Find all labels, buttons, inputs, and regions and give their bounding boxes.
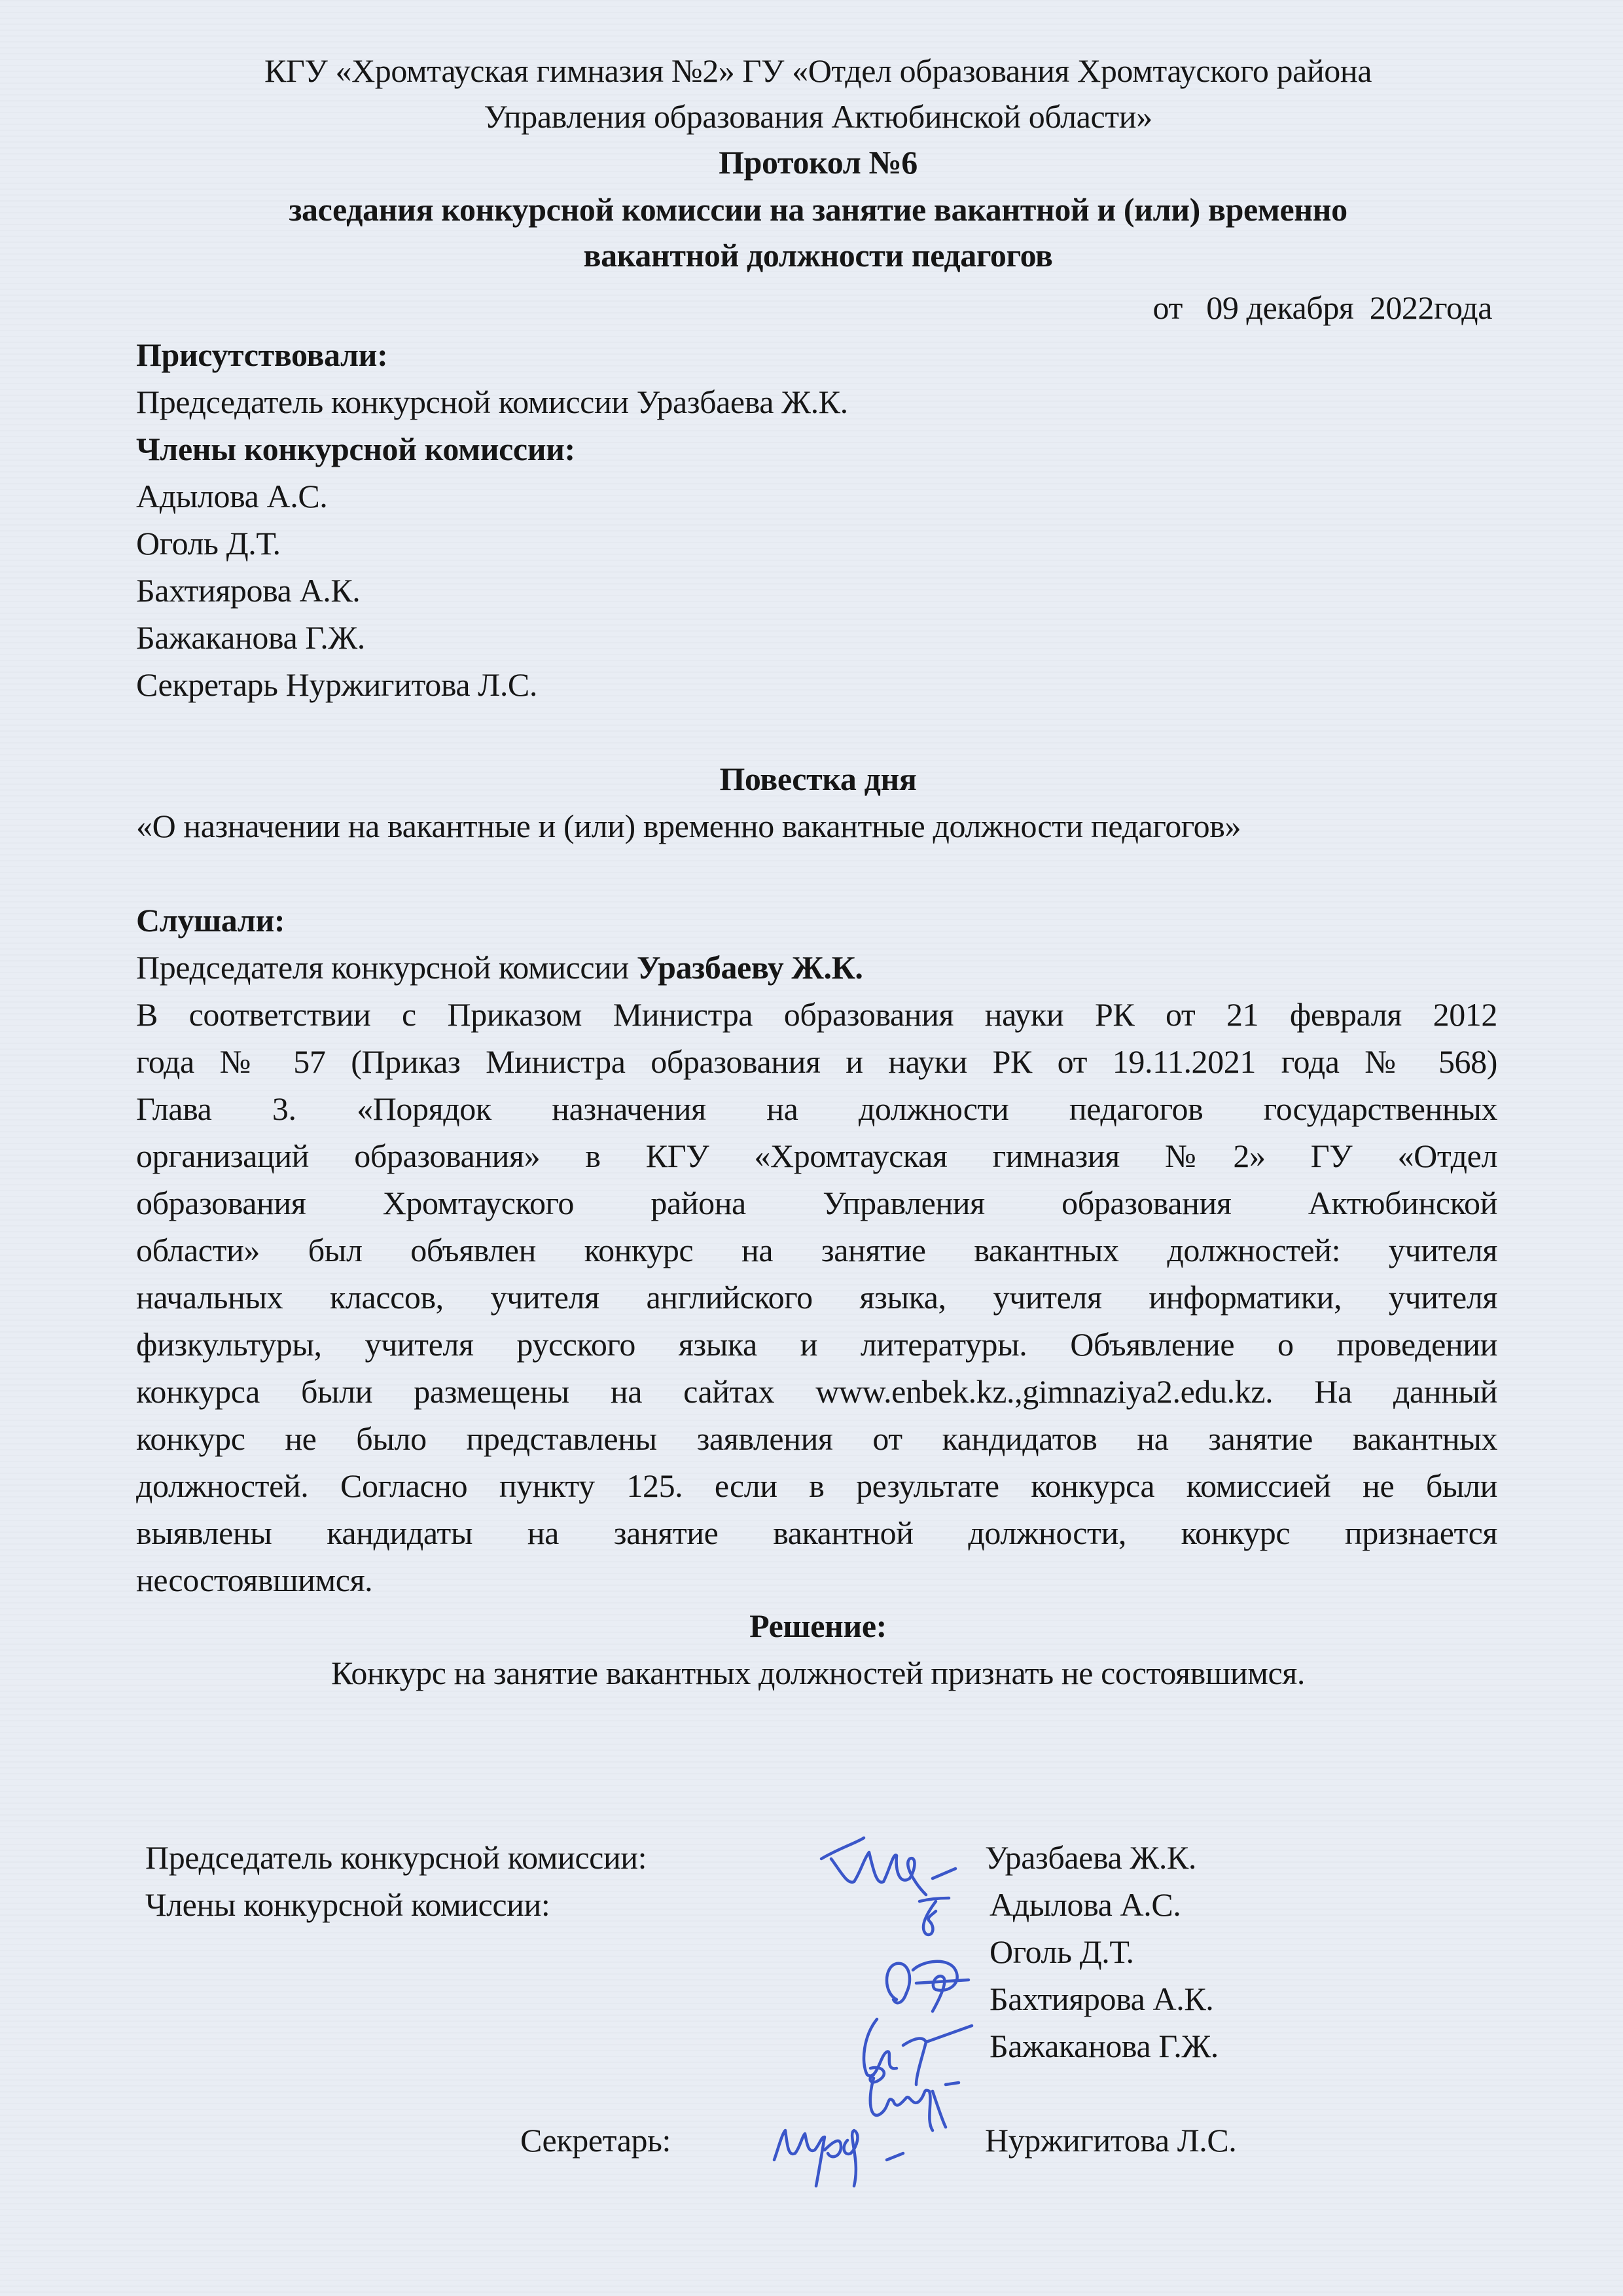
member-item: Адылова А.С. <box>136 476 327 516</box>
decision-heading: Решение: <box>137 1606 1499 1645</box>
protocol-subtitle-line-2: вакантной должности педагогов <box>137 236 1499 275</box>
speaker-line: Председателя конкурсной комиссии Уразбае… <box>136 948 863 987</box>
organization-line-2: Управления образования Актюбинской облас… <box>137 97 1499 136</box>
member-item: Бажаканова Г.Ж. <box>136 618 365 657</box>
agenda-text: «О назначении на вакантные и (или) време… <box>136 806 1241 846</box>
protocol-title: Протокол №6 <box>137 143 1499 182</box>
body-line: физкультуры, учителя русского языка и ли… <box>136 1325 1497 1364</box>
member-1-signature-icon <box>913 1895 952 1944</box>
body-line: года № 57 (Приказ Министра образования и… <box>136 1042 1497 1081</box>
secretary-signature-icon <box>769 2121 919 2196</box>
members-heading: Члены конкурсной комиссии: <box>136 429 575 469</box>
body-line: должностей. Согласно пункту 125. если в … <box>136 1466 1497 1505</box>
body-line: образования Хромтауского района Управлен… <box>136 1183 1497 1223</box>
agenda-heading: Повестка дня <box>137 759 1499 798</box>
secretary-signature-name: Нуржигитова Л.С. <box>985 2121 1236 2160</box>
member-signature-name: Адылова А.С. <box>990 1885 1181 1924</box>
body-line: начальных классов, учителя английского я… <box>136 1278 1497 1317</box>
body-line: конкурса были размещены на сайтах www.en… <box>136 1372 1497 1411</box>
secretary-signature-label: Секретарь: <box>520 2121 671 2160</box>
member-item: Оголь Д.Т. <box>136 524 281 563</box>
chair-line: Председатель конкурсной комиссии Уразбае… <box>136 382 848 422</box>
protocol-subtitle-line-1: заседания конкурсной комиссии на занятие… <box>137 190 1499 229</box>
chair-signature-name: Уразбаева Ж.К. <box>985 1838 1196 1877</box>
body-line: Глава 3. «Порядок назначения на должност… <box>136 1089 1497 1128</box>
chair-signature-label: Председатель конкурсной комиссии: <box>145 1838 647 1877</box>
body-line: выявлены кандидаты на занятие вакантной … <box>136 1513 1497 1552</box>
body-line: конкурс не было представлены заявления о… <box>136 1419 1497 1458</box>
organization-line-1: КГУ «Хромтауская гимназия №2» ГУ «Отдел … <box>137 51 1499 90</box>
body-line: несостоявшимся. <box>136 1560 1497 1600</box>
speaker-name: Уразбаеву Ж.К. <box>637 949 863 986</box>
protocol-date: от 09 декабря 2022года <box>1153 288 1492 327</box>
heard-heading: Слушали: <box>136 901 285 940</box>
body-line: области» был объявлен конкурс на занятие… <box>136 1230 1497 1270</box>
member-2-signature-icon <box>877 1954 975 2016</box>
document-page: КГУ «Хромтауская гимназия №2» ГУ «Отдел … <box>0 0 1623 2296</box>
secretary-line: Секретарь Нуржигитова Л.С. <box>136 665 537 704</box>
member-item: Бахтиярова А.К. <box>136 571 360 610</box>
speaker-prefix: Председателя конкурсной комиссии <box>136 949 637 986</box>
member-signature-name: Бахтиярова А.К. <box>990 1979 1213 2018</box>
attendance-heading: Присутствовали: <box>136 335 387 374</box>
body-line: организаций образования» в КГУ «Хромтаус… <box>136 1136 1497 1175</box>
members-signature-label: Члены конкурсной комиссии: <box>145 1885 550 1924</box>
member-signature-name: Оголь Д.Т. <box>990 1932 1134 1971</box>
body-line: В соответствии с Приказом Министра образ… <box>136 995 1497 1034</box>
member-signature-name: Бажаканова Г.Ж. <box>990 2026 1219 2066</box>
decision-text: Конкурс на занятие вакантных должностей … <box>137 1653 1499 1693</box>
